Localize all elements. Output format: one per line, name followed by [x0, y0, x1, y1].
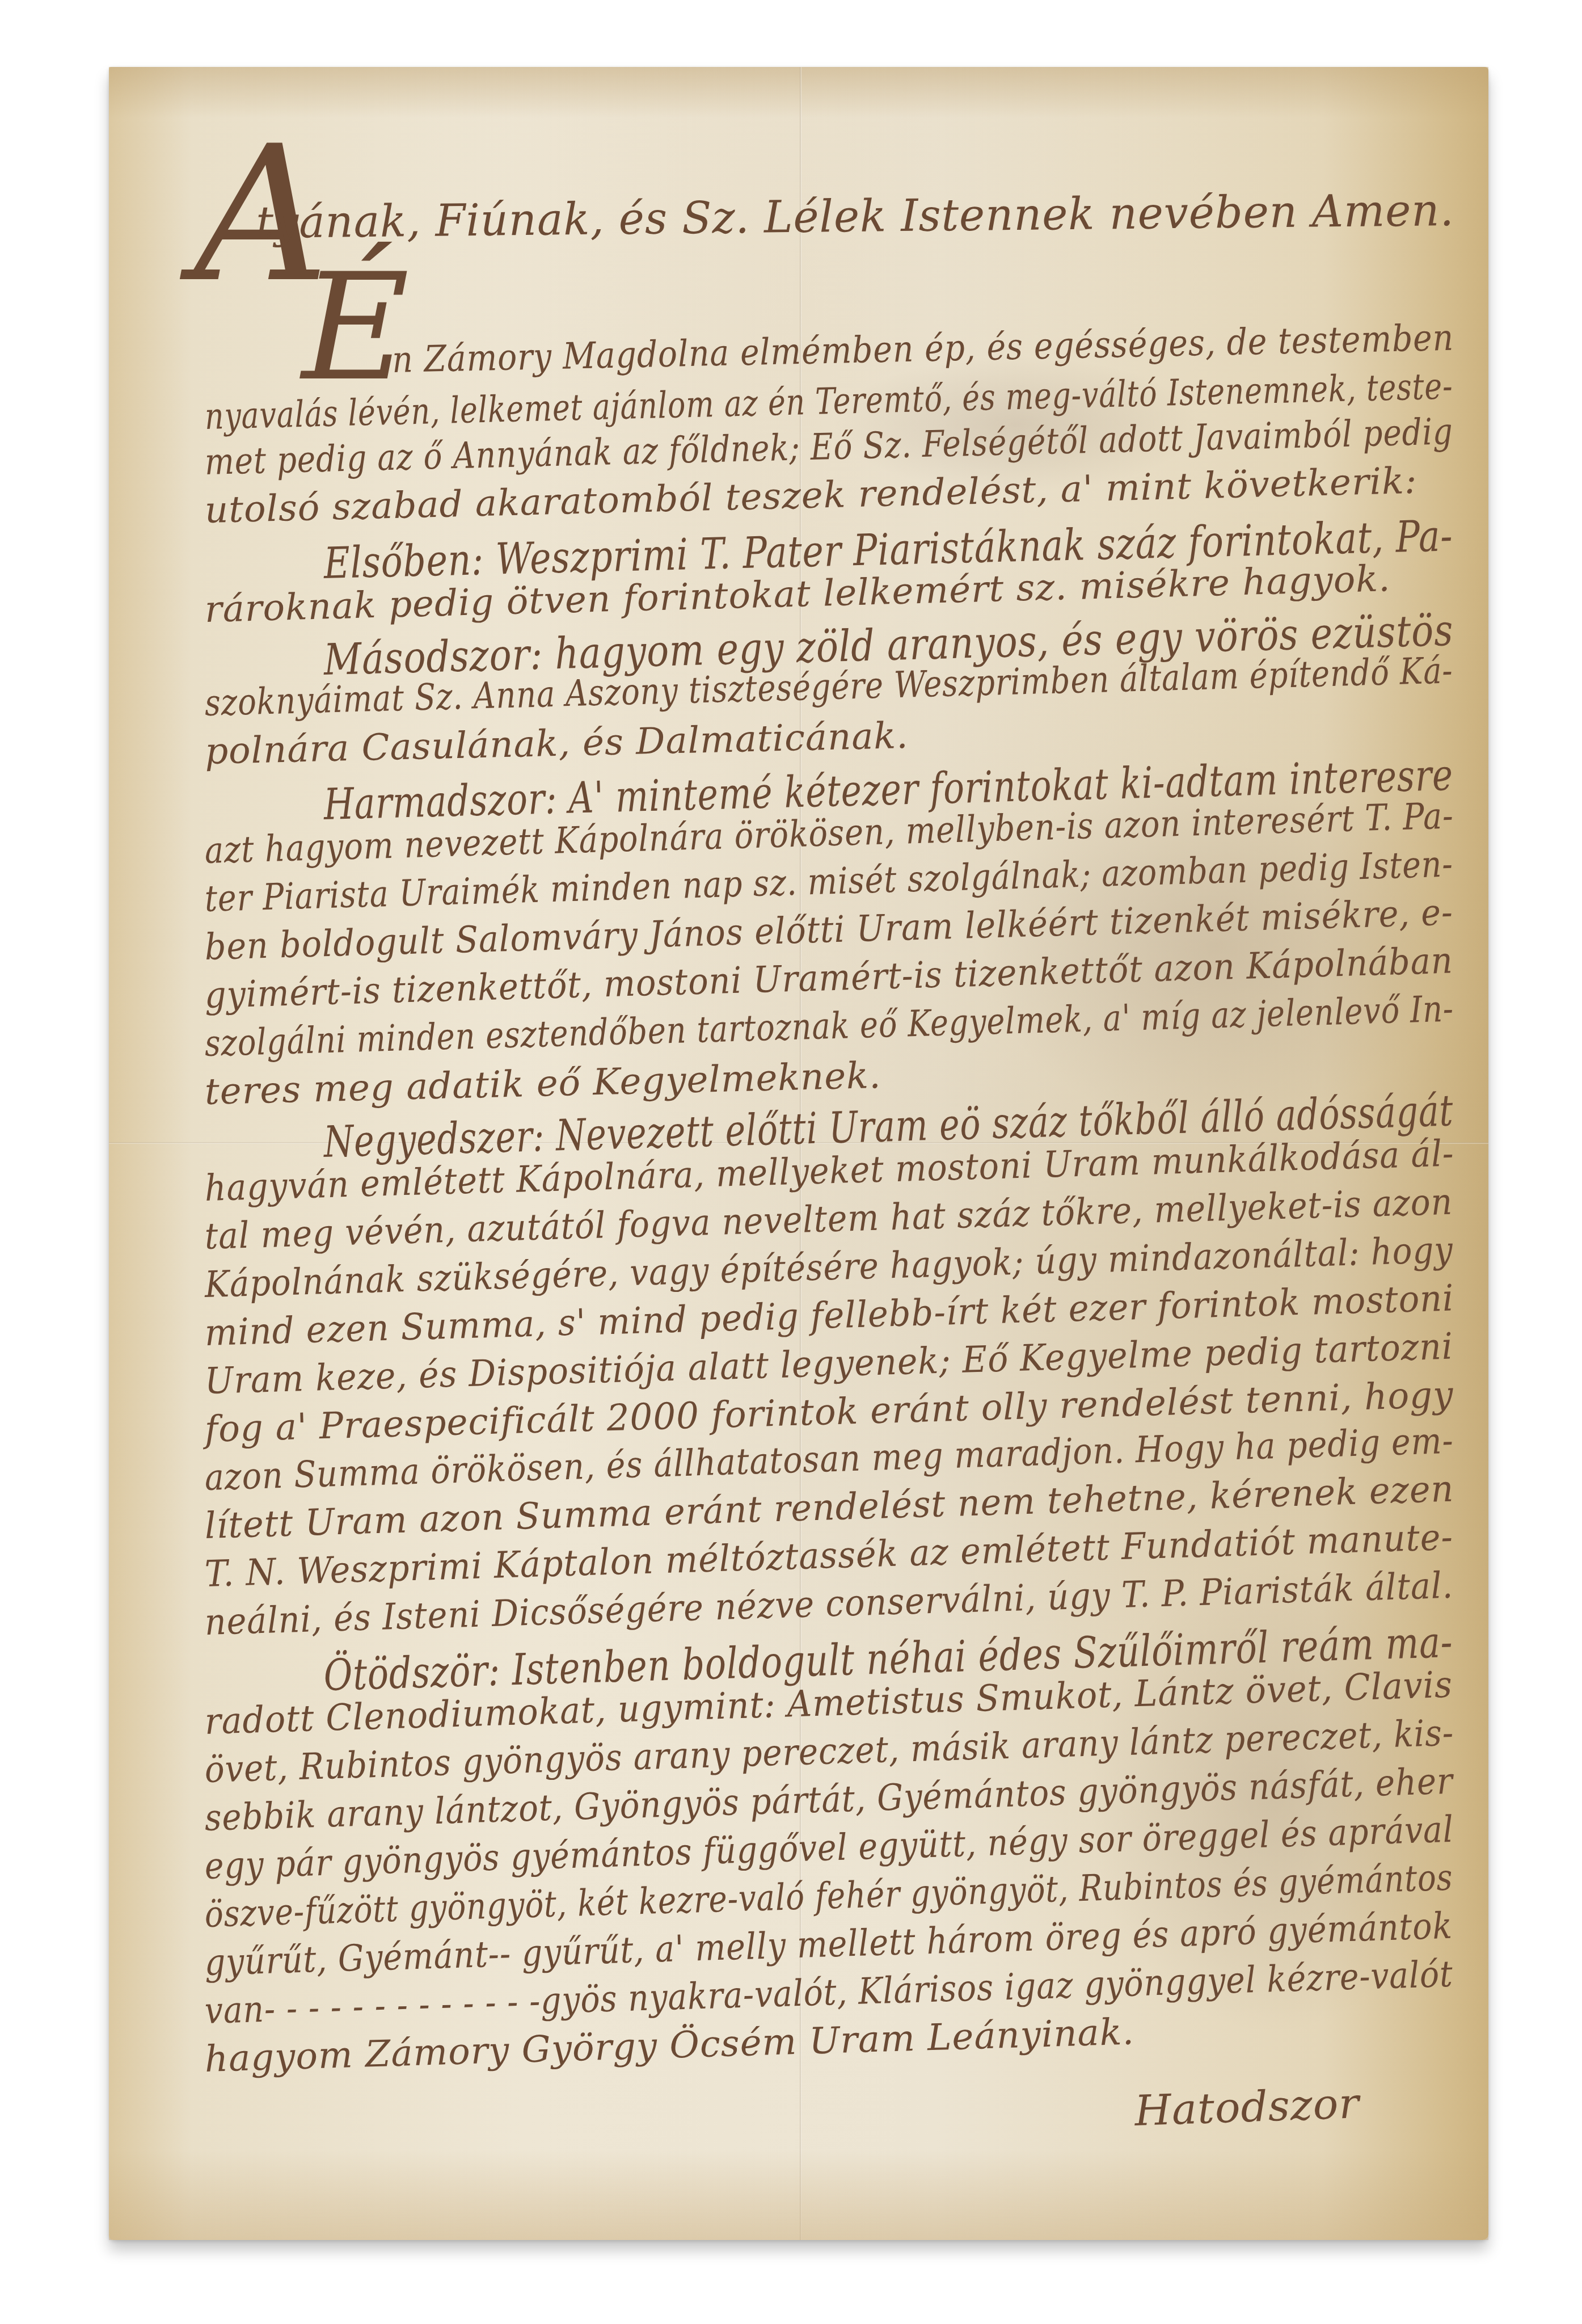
invocation-line: tyának, Fiúnak, és Sz. Lélek Istennek ne… [256, 185, 1454, 249]
catchword: Hatodszor [1134, 2079, 1360, 2136]
manuscript-page: A tyának, Fiúnak, és Sz. Lélek Istennek … [109, 67, 1488, 2240]
text-line: polnára Casulának, és Dalmaticának. [204, 715, 909, 773]
